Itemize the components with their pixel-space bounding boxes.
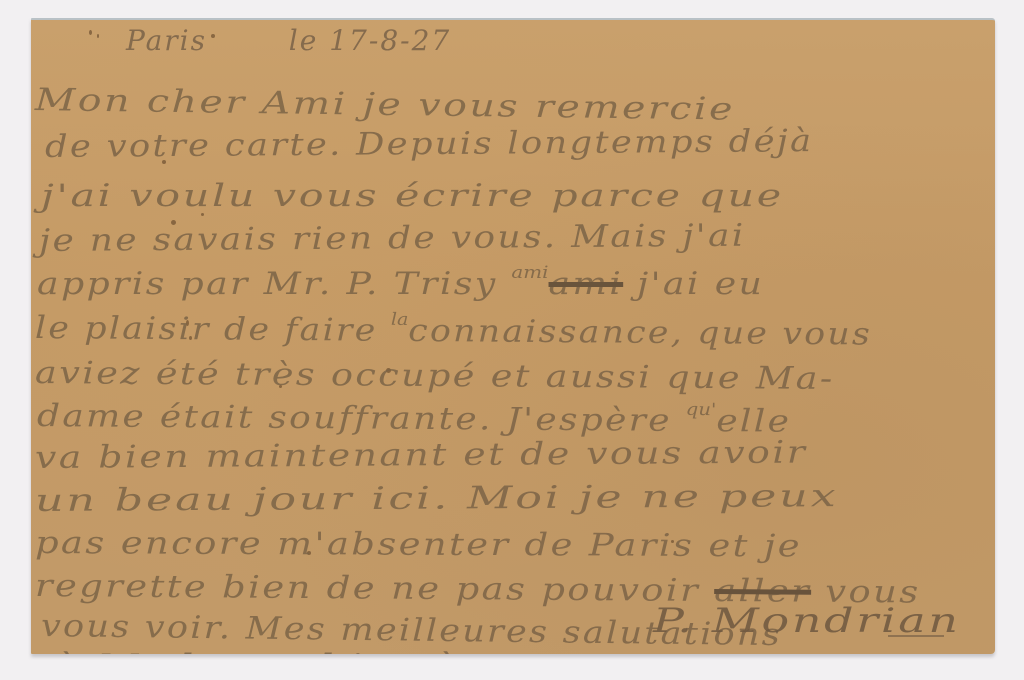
postcard: Paris le 17-8-27 Mon cher Ami je vous re… xyxy=(31,18,995,654)
ink-speck xyxy=(89,30,92,35)
inserted-word: ami xyxy=(511,263,548,283)
inserted-word: qu' xyxy=(686,400,717,420)
letter-line: de votre carte. Depuis longtemps déjà xyxy=(45,123,814,165)
letter-line: le plaisir de faire laconnaissance, que … xyxy=(35,310,872,353)
letter-line: un beau jour ici. Moi je ne peux xyxy=(35,478,839,519)
letter-line: dame était souffrante. J'espère qu'elle xyxy=(37,398,792,440)
letter-line: appris par Mr. P. Trisy amiami j'ai eu xyxy=(37,266,764,302)
header-place: Paris xyxy=(126,24,207,57)
letter-line: j'ai voulu vous écrire parce que xyxy=(41,178,784,214)
header-date-prefix: le xyxy=(289,24,319,57)
letter-line: je ne savais rien de vous. Mais j'ai xyxy=(39,218,746,259)
letter-line: va bien maintenant et de vous avoir xyxy=(35,434,808,476)
signature-underline xyxy=(888,635,944,637)
letter-line: à Madame, bien à vous xyxy=(55,648,581,654)
letter-line: pas encore m'absenter de Paris et je xyxy=(35,525,802,564)
inserted-word: la xyxy=(391,310,409,330)
ink-speck xyxy=(97,34,99,38)
letter-header: Paris le 17-8-27 xyxy=(126,24,451,57)
letter-line: aviez été très occupé et aussi que Ma- xyxy=(35,355,835,397)
header-date: 17-8-27 xyxy=(329,24,451,57)
letter-line: Mon cher Ami je vous remercie xyxy=(35,82,736,128)
page-background: Paris le 17-8-27 Mon cher Ami je vous re… xyxy=(0,0,1024,680)
struck-word: ami xyxy=(549,266,624,302)
